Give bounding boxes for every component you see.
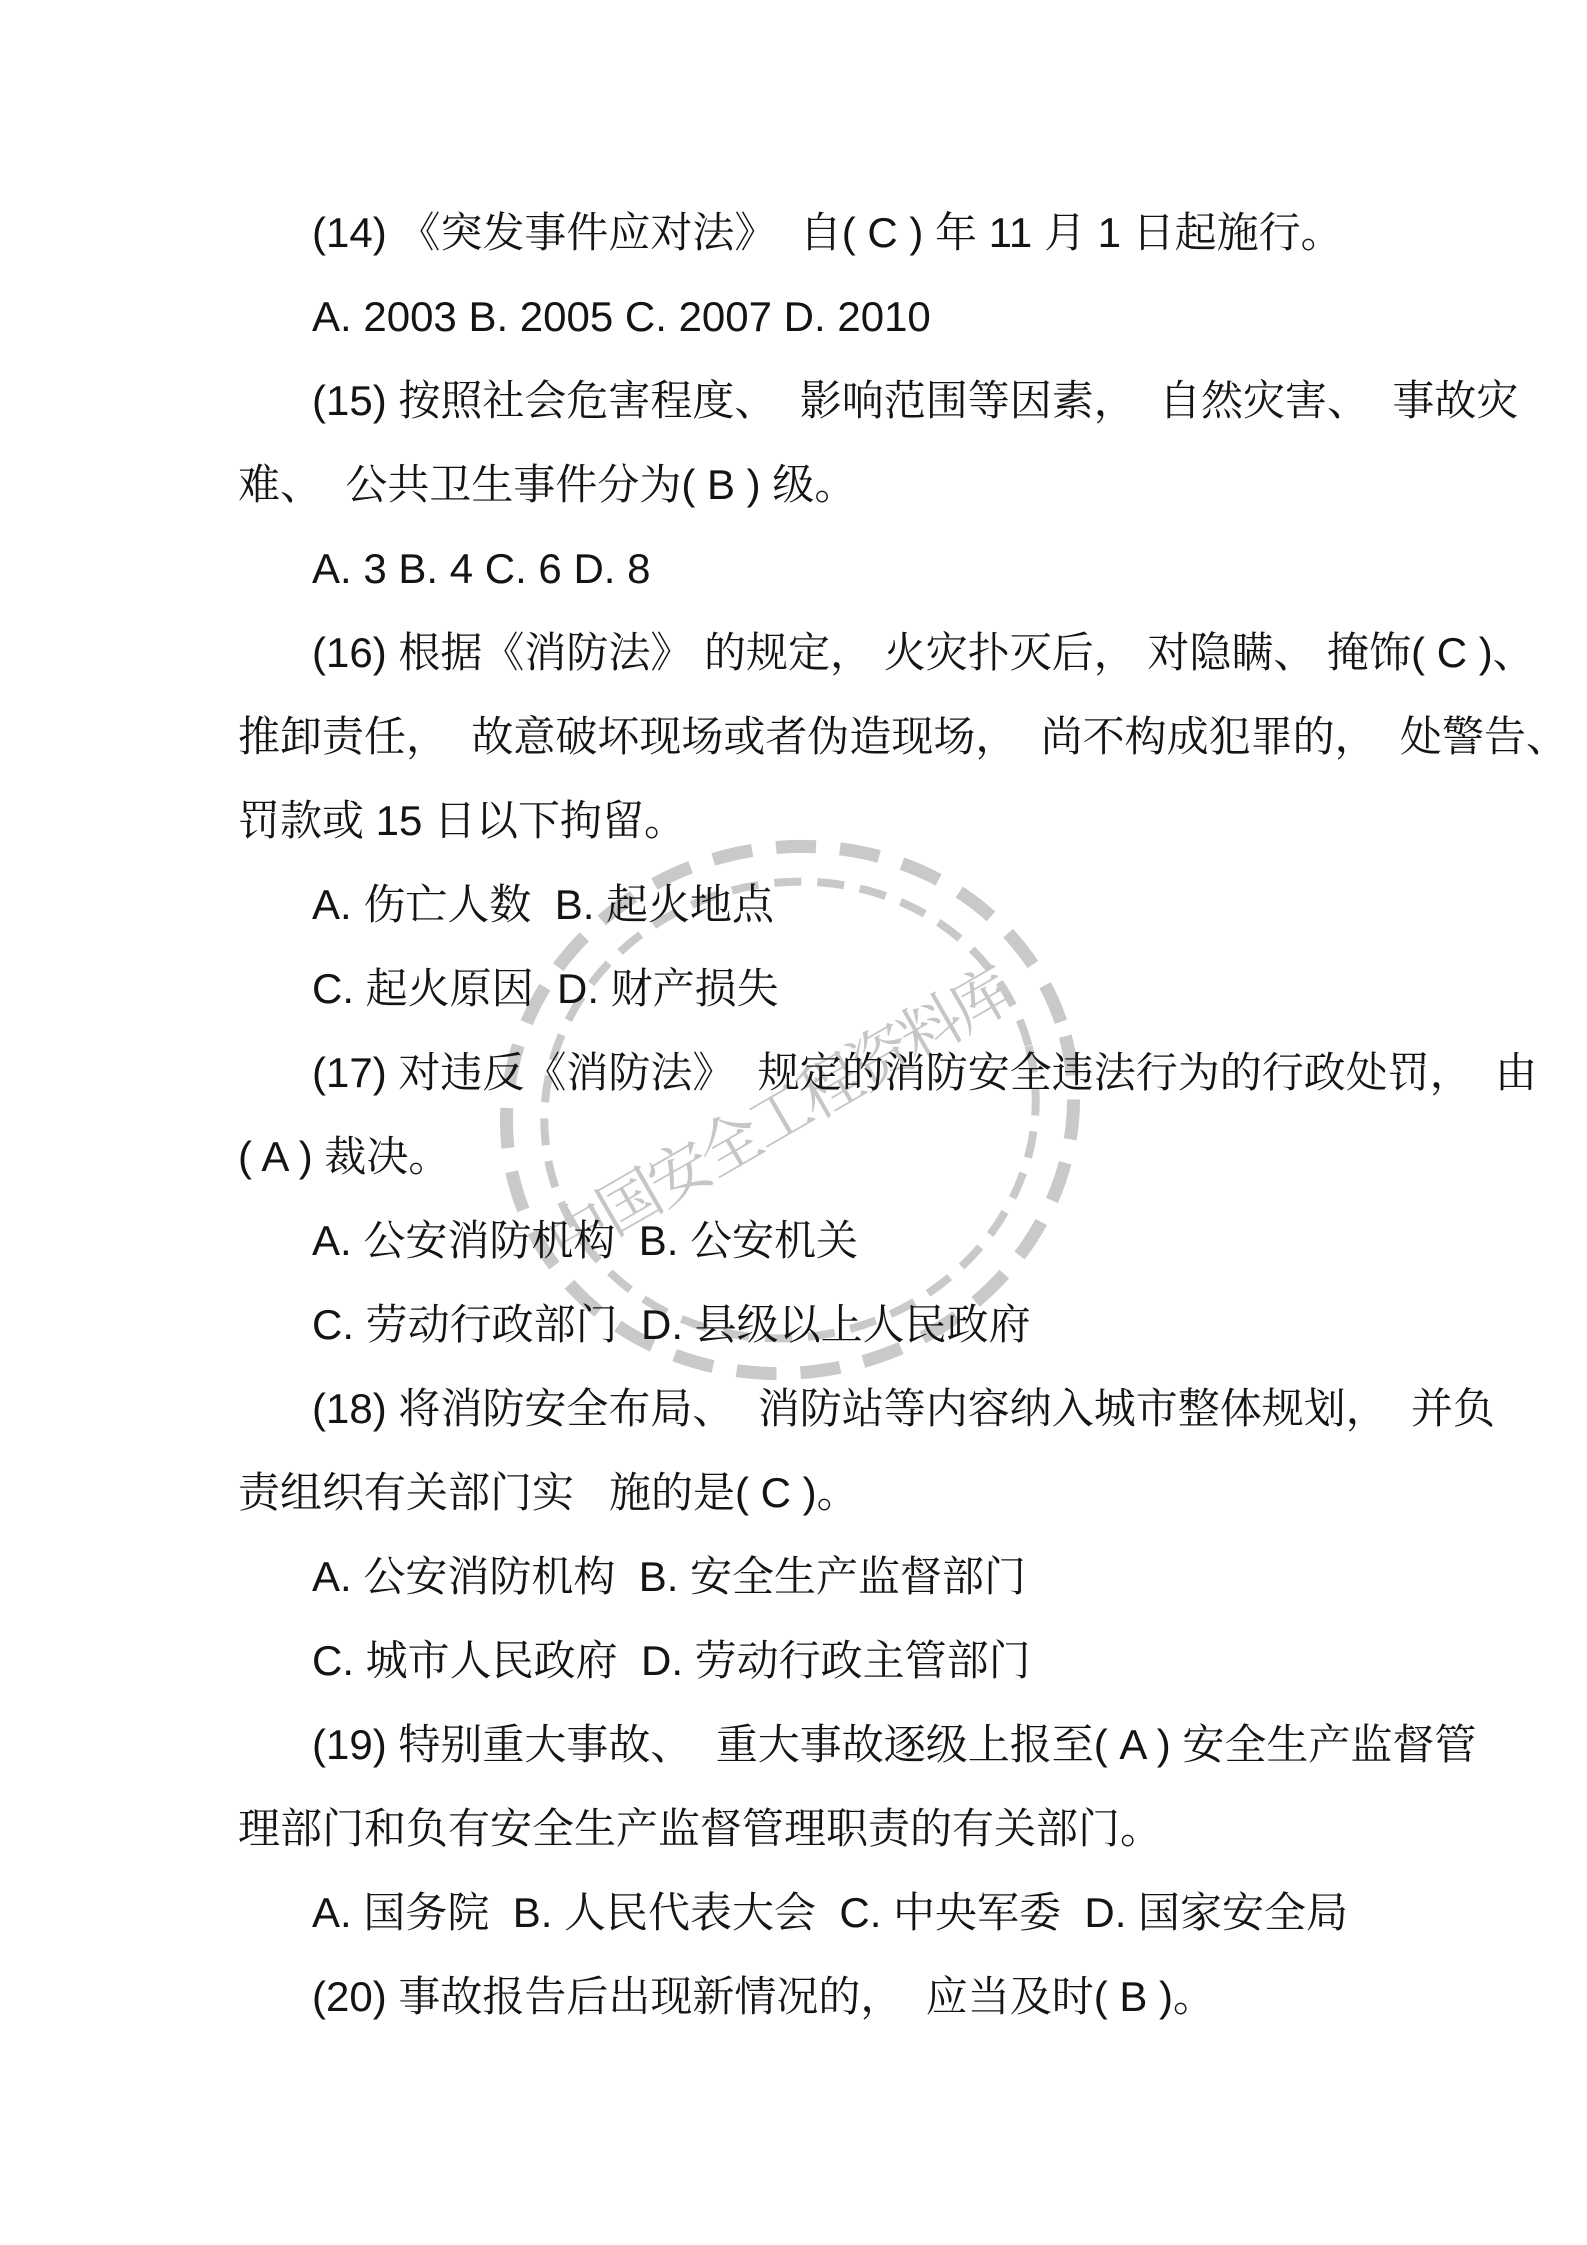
question-line: (20) 事故报告后出现新情况的， 应当及时( B )。 bbox=[238, 1955, 1423, 2039]
exam-questions: (14) 《突发事件应对法》 自( C ) 年 11 月 1 日起施行。A. 2… bbox=[238, 191, 1423, 2039]
question-line: (17) 对违反《消防法》 规定的消防安全违法行为的行政处罚， 由 bbox=[238, 1031, 1423, 1115]
continuation-line: 难、 公共卫生事件分为( B ) 级。 bbox=[238, 443, 1423, 527]
option-line: A. 公安消防机构 B. 公安机关 bbox=[238, 1199, 1423, 1283]
question-line: (14) 《突发事件应对法》 自( C ) 年 11 月 1 日起施行。 bbox=[238, 191, 1423, 275]
option-line: A. 2003 B. 2005 C. 2007 D. 2010 bbox=[238, 275, 1423, 359]
option-line: A. 国务院 B. 人民代表大会 C. 中央军委 D. 国家安全局 bbox=[238, 1871, 1423, 1955]
continuation-line: 责组织有关部门实 施的是( C )。 bbox=[238, 1451, 1423, 1535]
question-line: (19) 特别重大事故、 重大事故逐级上报至( A ) 安全生产监督管 bbox=[238, 1703, 1423, 1787]
option-line: A. 3 B. 4 C. 6 D. 8 bbox=[238, 527, 1423, 611]
continuation-line: 理部门和负有安全生产监督管理职责的有关部门。 bbox=[238, 1787, 1423, 1871]
option-line: C. 起火原因 D. 财产损失 bbox=[238, 947, 1423, 1031]
continuation-line: 推卸责任， 故意破坏现场或者伪造现场， 尚不构成犯罪的， 处警告、 bbox=[238, 695, 1423, 779]
question-line: (18) 将消防安全布局、 消防站等内容纳入城市整体规划， 并负 bbox=[238, 1367, 1423, 1451]
continuation-line: ( A ) 裁决。 bbox=[238, 1115, 1423, 1199]
option-line: A. 伤亡人数 B. 起火地点 bbox=[238, 863, 1423, 947]
continuation-line: 罚款或 15 日以下拘留。 bbox=[238, 779, 1423, 863]
question-line: (15) 按照社会危害程度、 影响范围等因素， 自然灾害、 事故灾 bbox=[238, 359, 1423, 443]
question-line: (16) 根据《消防法》 的规定， 火灾扑灭后， 对隐瞒、 掩饰( C )、 bbox=[238, 611, 1423, 695]
document-page: 中国安全工程资料库 (14) 《突发事件应对法》 自( C ) 年 11 月 1… bbox=[0, 0, 1587, 2245]
option-line: C. 城市人民政府 D. 劳动行政主管部门 bbox=[238, 1619, 1423, 1703]
option-line: C. 劳动行政部门 D. 县级以上人民政府 bbox=[238, 1283, 1423, 1367]
option-line: A. 公安消防机构 B. 安全生产监督部门 bbox=[238, 1535, 1423, 1619]
